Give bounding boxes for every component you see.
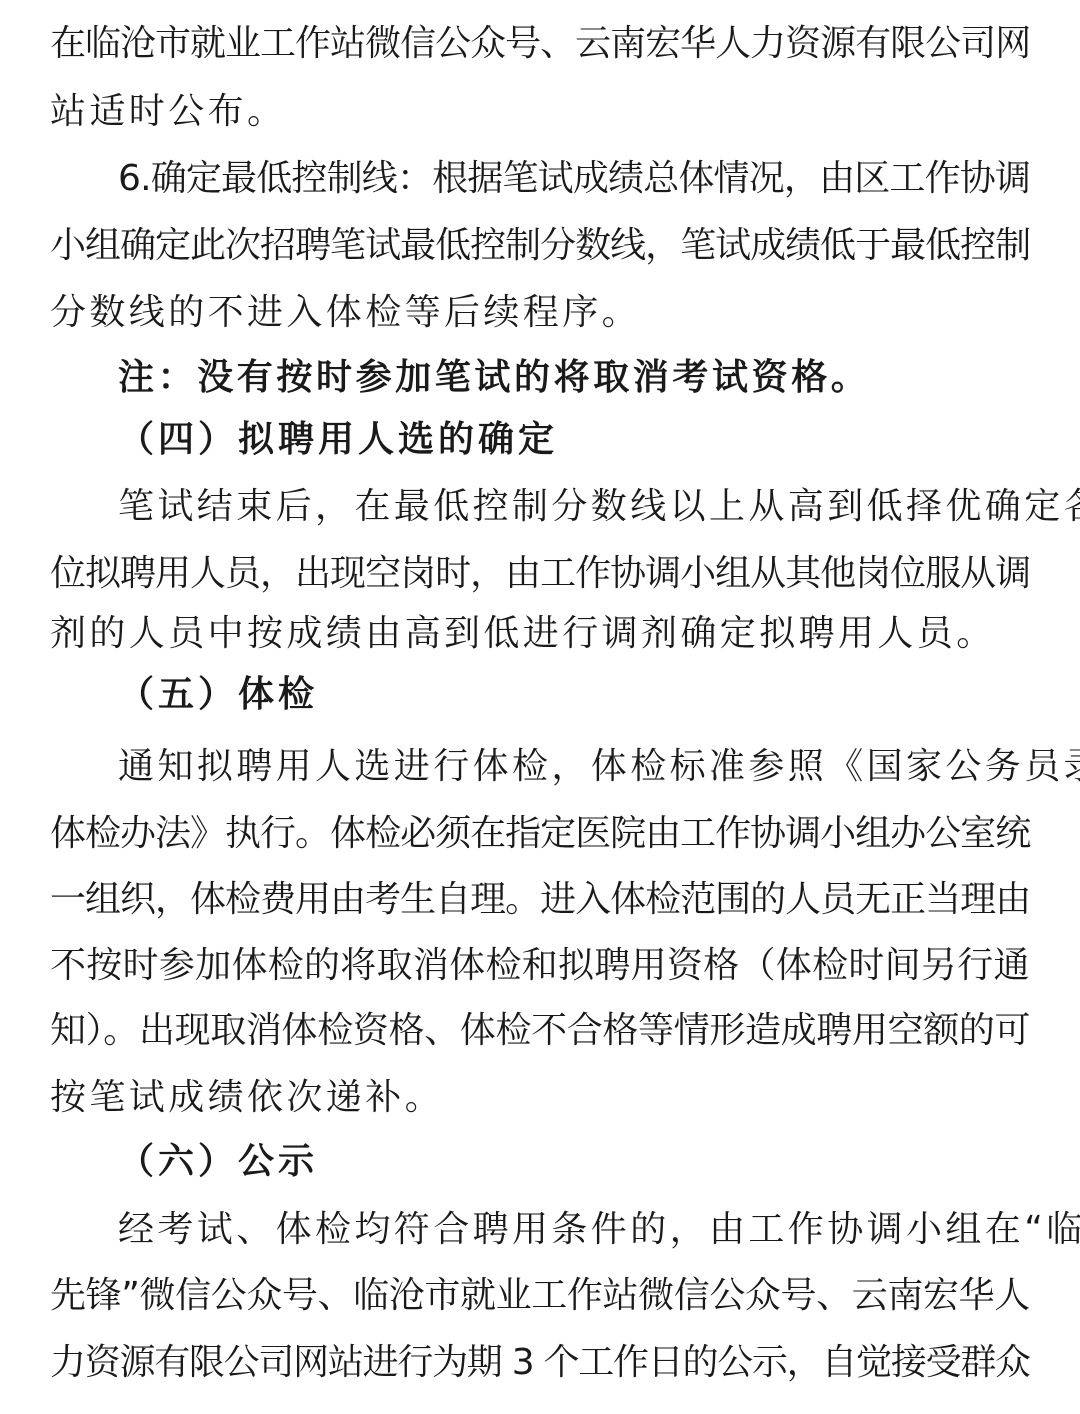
paragraph-line: 在临沧市就业工作站微信公众号、云南宏华人力资源有限公司网 bbox=[50, 22, 1030, 66]
section-heading: （四）拟聘用人选的确定 bbox=[118, 418, 558, 462]
note-text: 注：没有按时参加笔试的将取消考试资格。 bbox=[118, 356, 870, 400]
paragraph-line: 分数线的不进入体检等后续程序。 bbox=[50, 291, 641, 335]
paragraph-line: 知）。出现取消体检资格、体检不合格等情形造成聘用空额的可 bbox=[50, 1009, 1030, 1053]
paragraph-line: 先锋”微信公众号、临沧市就业工作站微信公众号、云南宏华人 bbox=[50, 1274, 1030, 1318]
paragraph-line: 站适时公布。 bbox=[50, 90, 286, 134]
section-heading: （五）体检 bbox=[118, 673, 318, 717]
paragraph-line: 小组确定此次招聘笔试最低控制分数线，笔试成绩低于最低控制 bbox=[50, 224, 1030, 268]
paragraph-line: 剂的人员中按成绩由高到低进行调剂确定拟聘用人员。 bbox=[50, 612, 996, 656]
section-heading: （六）公示 bbox=[118, 1140, 318, 1184]
paragraph-line: 一组织，体检费用由考生自理。进入体检范围的人员无正当理由 bbox=[50, 878, 1030, 922]
paragraph-line: 笔试结束后，在最低控制分数线以上从高到低择优确定各岗 bbox=[118, 485, 1080, 529]
paragraph-line: 体检办法》执行。体检必须在指定医院由工作协调小组办公室统 bbox=[50, 812, 1030, 856]
paragraph-line: 经考试、体检均符合聘用条件的，由工作协调小组在“临翔 bbox=[118, 1208, 1080, 1252]
paragraph-line: 按笔试成绩依次递补。 bbox=[50, 1076, 444, 1120]
paragraph-line: 6.确定最低控制线：根据笔试成绩总体情况，由区工作协调 bbox=[118, 157, 1030, 201]
paragraph-line: 位拟聘用人员，出现空岗时，由工作协调小组从其他岗位服从调 bbox=[50, 552, 1030, 596]
paragraph-line: 力资源有限公司网站进行为期 3 个工作日的公示，自觉接受群众 bbox=[50, 1341, 1030, 1385]
paragraph-line: 通知拟聘用人选进行体检，体检标准参照《国家公务员录用 bbox=[118, 745, 1080, 789]
paragraph-line: 不按时参加体检的将取消体检和拟聘用资格（体检时间另行通 bbox=[50, 944, 1030, 988]
